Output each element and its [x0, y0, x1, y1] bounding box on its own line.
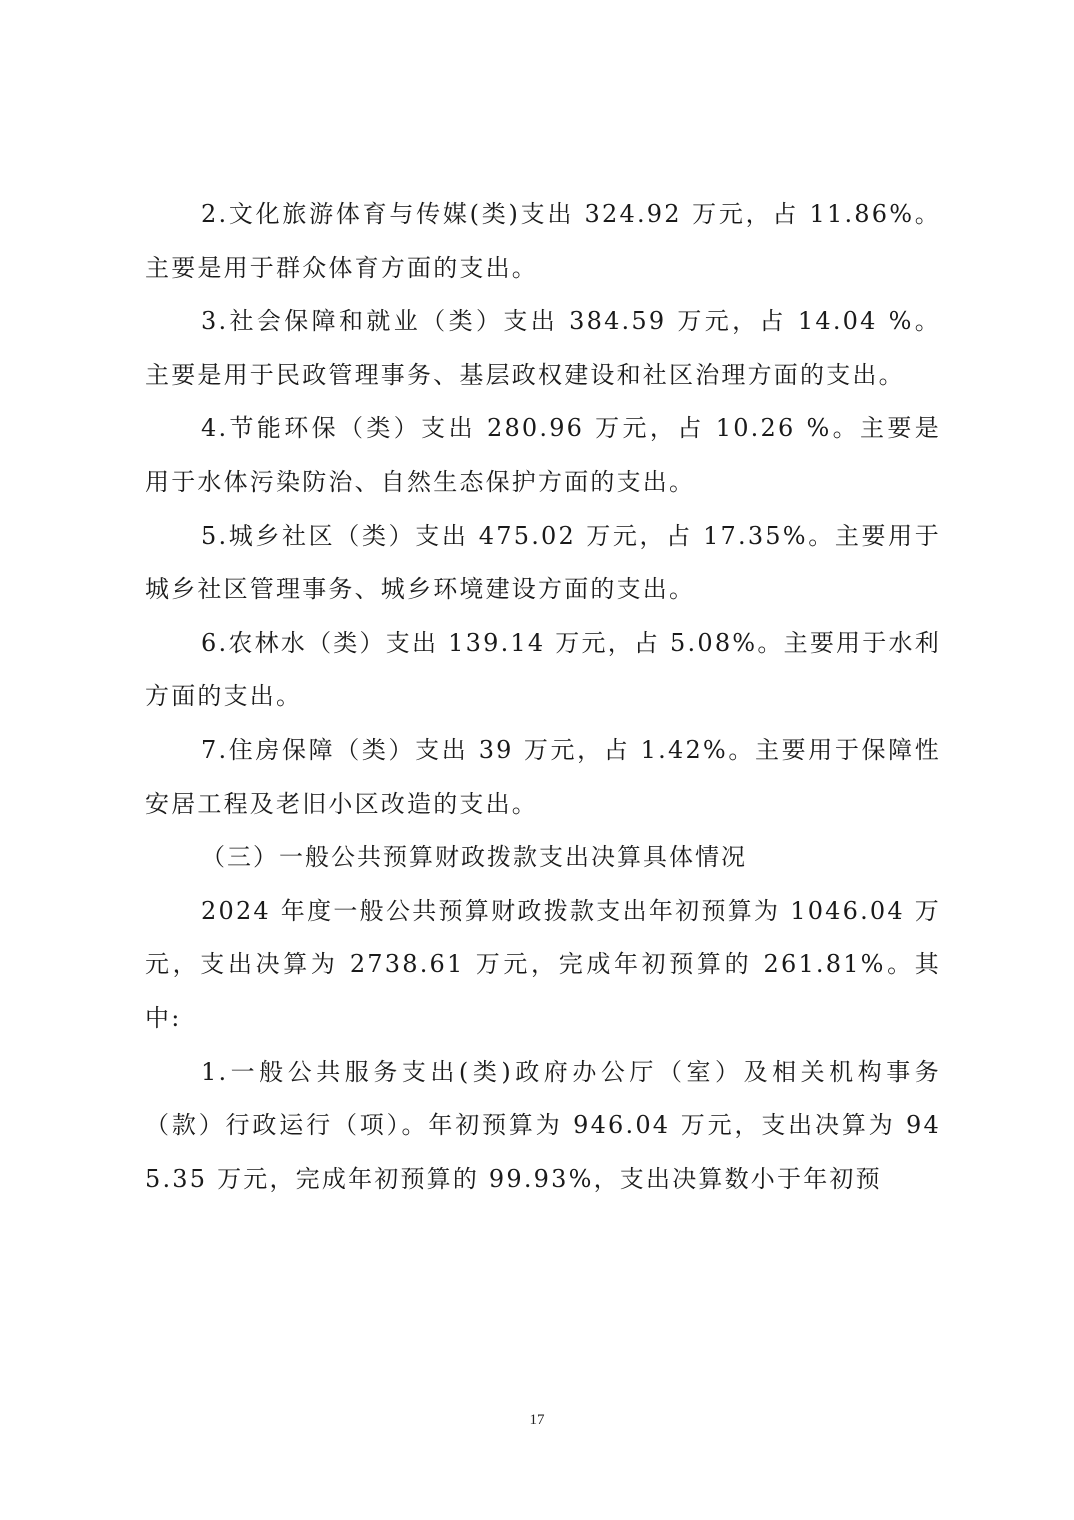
paragraph-energy-environment: 4.节能环保（类）支出 280.96 万元，占 10.26 %。主要是用于水体污… [145, 402, 941, 509]
paragraph-agriculture-forestry-water: 6.农林水（类）支出 139.14 万元，占 5.08%。主要用于水利方面的支出… [145, 617, 941, 724]
paragraph-general-public-services: 1.一般公共服务支出(类)政府办公厅（室）及相关机构事务（款）行政运行（项）。年… [145, 1046, 941, 1207]
paragraph-urban-rural-community: 5.城乡社区（类）支出 475.02 万元，占 17.35%。主要用于城乡社区管… [145, 510, 941, 617]
paragraph-text: 4.节能环保（类）支出 280.96 万元，占 10.26 %。主要是用于水体污… [145, 414, 941, 496]
page-number: 17 [0, 1412, 1074, 1429]
paragraph-text: 7.住房保障（类）支出 39 万元，占 1.42%。主要用于保障性安居工程及老旧… [145, 736, 941, 818]
paragraph-text: 1.一般公共服务支出(类)政府办公厅（室）及相关机构事务（款）行政运行（项）。年… [145, 1058, 941, 1193]
paragraph-culture-tourism-sports: 2.文化旅游体育与传媒(类)支出 324.92 万元，占 11.86%。主要是用… [145, 188, 941, 295]
section-heading: （三）一般公共预算财政拨款支出决算具体情况 [145, 831, 941, 885]
paragraph-text: 2024 年度一般公共预算财政拨款支出年初预算为 1046.04 万元，支出决算… [145, 897, 941, 1032]
paragraph-housing-security: 7.住房保障（类）支出 39 万元，占 1.42%。主要用于保障性安居工程及老旧… [145, 724, 941, 831]
paragraph-text: 5.城乡社区（类）支出 475.02 万元，占 17.35%。主要用于城乡社区管… [145, 522, 941, 604]
paragraph-text: 6.农林水（类）支出 139.14 万元，占 5.08%。主要用于水利方面的支出… [145, 629, 941, 711]
paragraph-social-security: 3.社会保障和就业（类）支出 384.59 万元，占 14.04 %。主要是用于… [145, 295, 941, 402]
paragraph-budget-summary: 2024 年度一般公共预算财政拨款支出年初预算为 1046.04 万元，支出决算… [145, 885, 941, 1046]
paragraph-text: 3.社会保障和就业（类）支出 384.59 万元，占 14.04 %。主要是用于… [145, 307, 941, 389]
document-page: 2.文化旅游体育与传媒(类)支出 324.92 万元，占 11.86%。主要是用… [145, 188, 941, 1206]
paragraph-text: 2.文化旅游体育与传媒(类)支出 324.92 万元，占 11.86%。主要是用… [145, 200, 941, 282]
